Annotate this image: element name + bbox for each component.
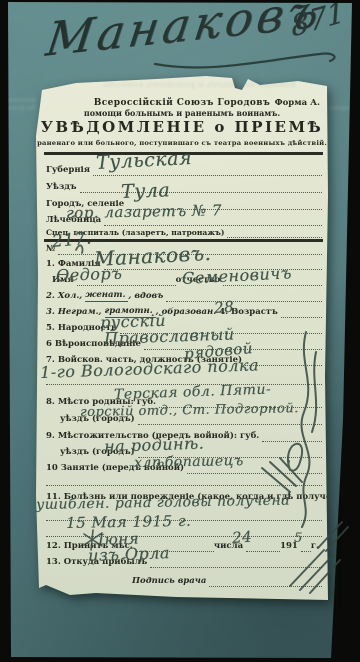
hw-zanyatie: хлѣбопашецъ (134, 453, 244, 471)
field-uezd: Уѣздъ (46, 180, 322, 193)
form-type-label: Форма А. (275, 98, 320, 108)
handwritten-surname-title: Манаковъ (43, 0, 326, 67)
hw-lechebnitsa: гор. лазаретъ № 7 (66, 201, 222, 222)
field-doctor-signature: Подпись врача (46, 573, 322, 587)
document-subtitle: раненаго или больного, поступившаго съ т… (36, 139, 328, 147)
god-label: г. (311, 542, 322, 552)
field-literacy-age: 3. Неграм., грамотн. , образован. 4. Воз… (46, 305, 322, 318)
dotted-line (166, 290, 322, 302)
bleedthrough-text-right: Форма А. (330, 104, 356, 121)
hw-na-rodine: на родинѣ. (104, 434, 205, 456)
dotted-line (150, 554, 322, 568)
admission-form-paper: помощи больнымъ и раненымъ воинамъ Всеро… (36, 76, 328, 600)
form-paper-wrap: помощи больнымъ и раненымъ воинамъ Всеро… (36, 76, 328, 600)
bleedthrough-text-paper: помощи больнымъ и раненымъ воинамъ (66, 80, 296, 90)
photo-frame: помощи больнымъ Форма А. Манаковъ 871 по… (0, 0, 360, 662)
field-marital-status: 2. Хол., женат. , вдовъ (46, 290, 322, 302)
dotted-line (46, 478, 322, 486)
dotted-line (227, 227, 322, 238)
marital-selected-underlined: женат. (85, 291, 128, 302)
hw-gorod: Тула (121, 179, 171, 203)
hw-day: 24 (231, 528, 252, 547)
document-title: УВѢДОМЛЕНІЕ о ПРІЕМѢ (36, 118, 328, 136)
hw-otkuda: изъ Орла (88, 543, 170, 565)
dotted-line (209, 573, 322, 587)
field-label: Губернія (46, 166, 93, 176)
field-label: Уѣздъ (46, 183, 80, 193)
hw-number: 217. (51, 229, 92, 252)
dotted-line (262, 428, 322, 442)
field-label: , вдовъ (128, 292, 166, 302)
separator-line (46, 478, 322, 486)
field-label: 3. Неграм., (46, 308, 105, 318)
field-label: 2. Хол., (46, 292, 85, 302)
dotted-line (80, 180, 323, 193)
handwritten-card-number: 871 (289, 0, 346, 44)
hw-year-digit: 5 (294, 531, 303, 546)
signature-label: Подпись врача (132, 577, 209, 587)
bleedthrough-text-left: помощи больнымъ (4, 96, 36, 113)
hw-age: 28. (213, 297, 240, 317)
hw-imya: Ѳедоръ (56, 264, 123, 285)
dotted-line (281, 305, 322, 318)
org-name-line2: помощи больнымъ и раненымъ воинамъ. (36, 108, 328, 118)
